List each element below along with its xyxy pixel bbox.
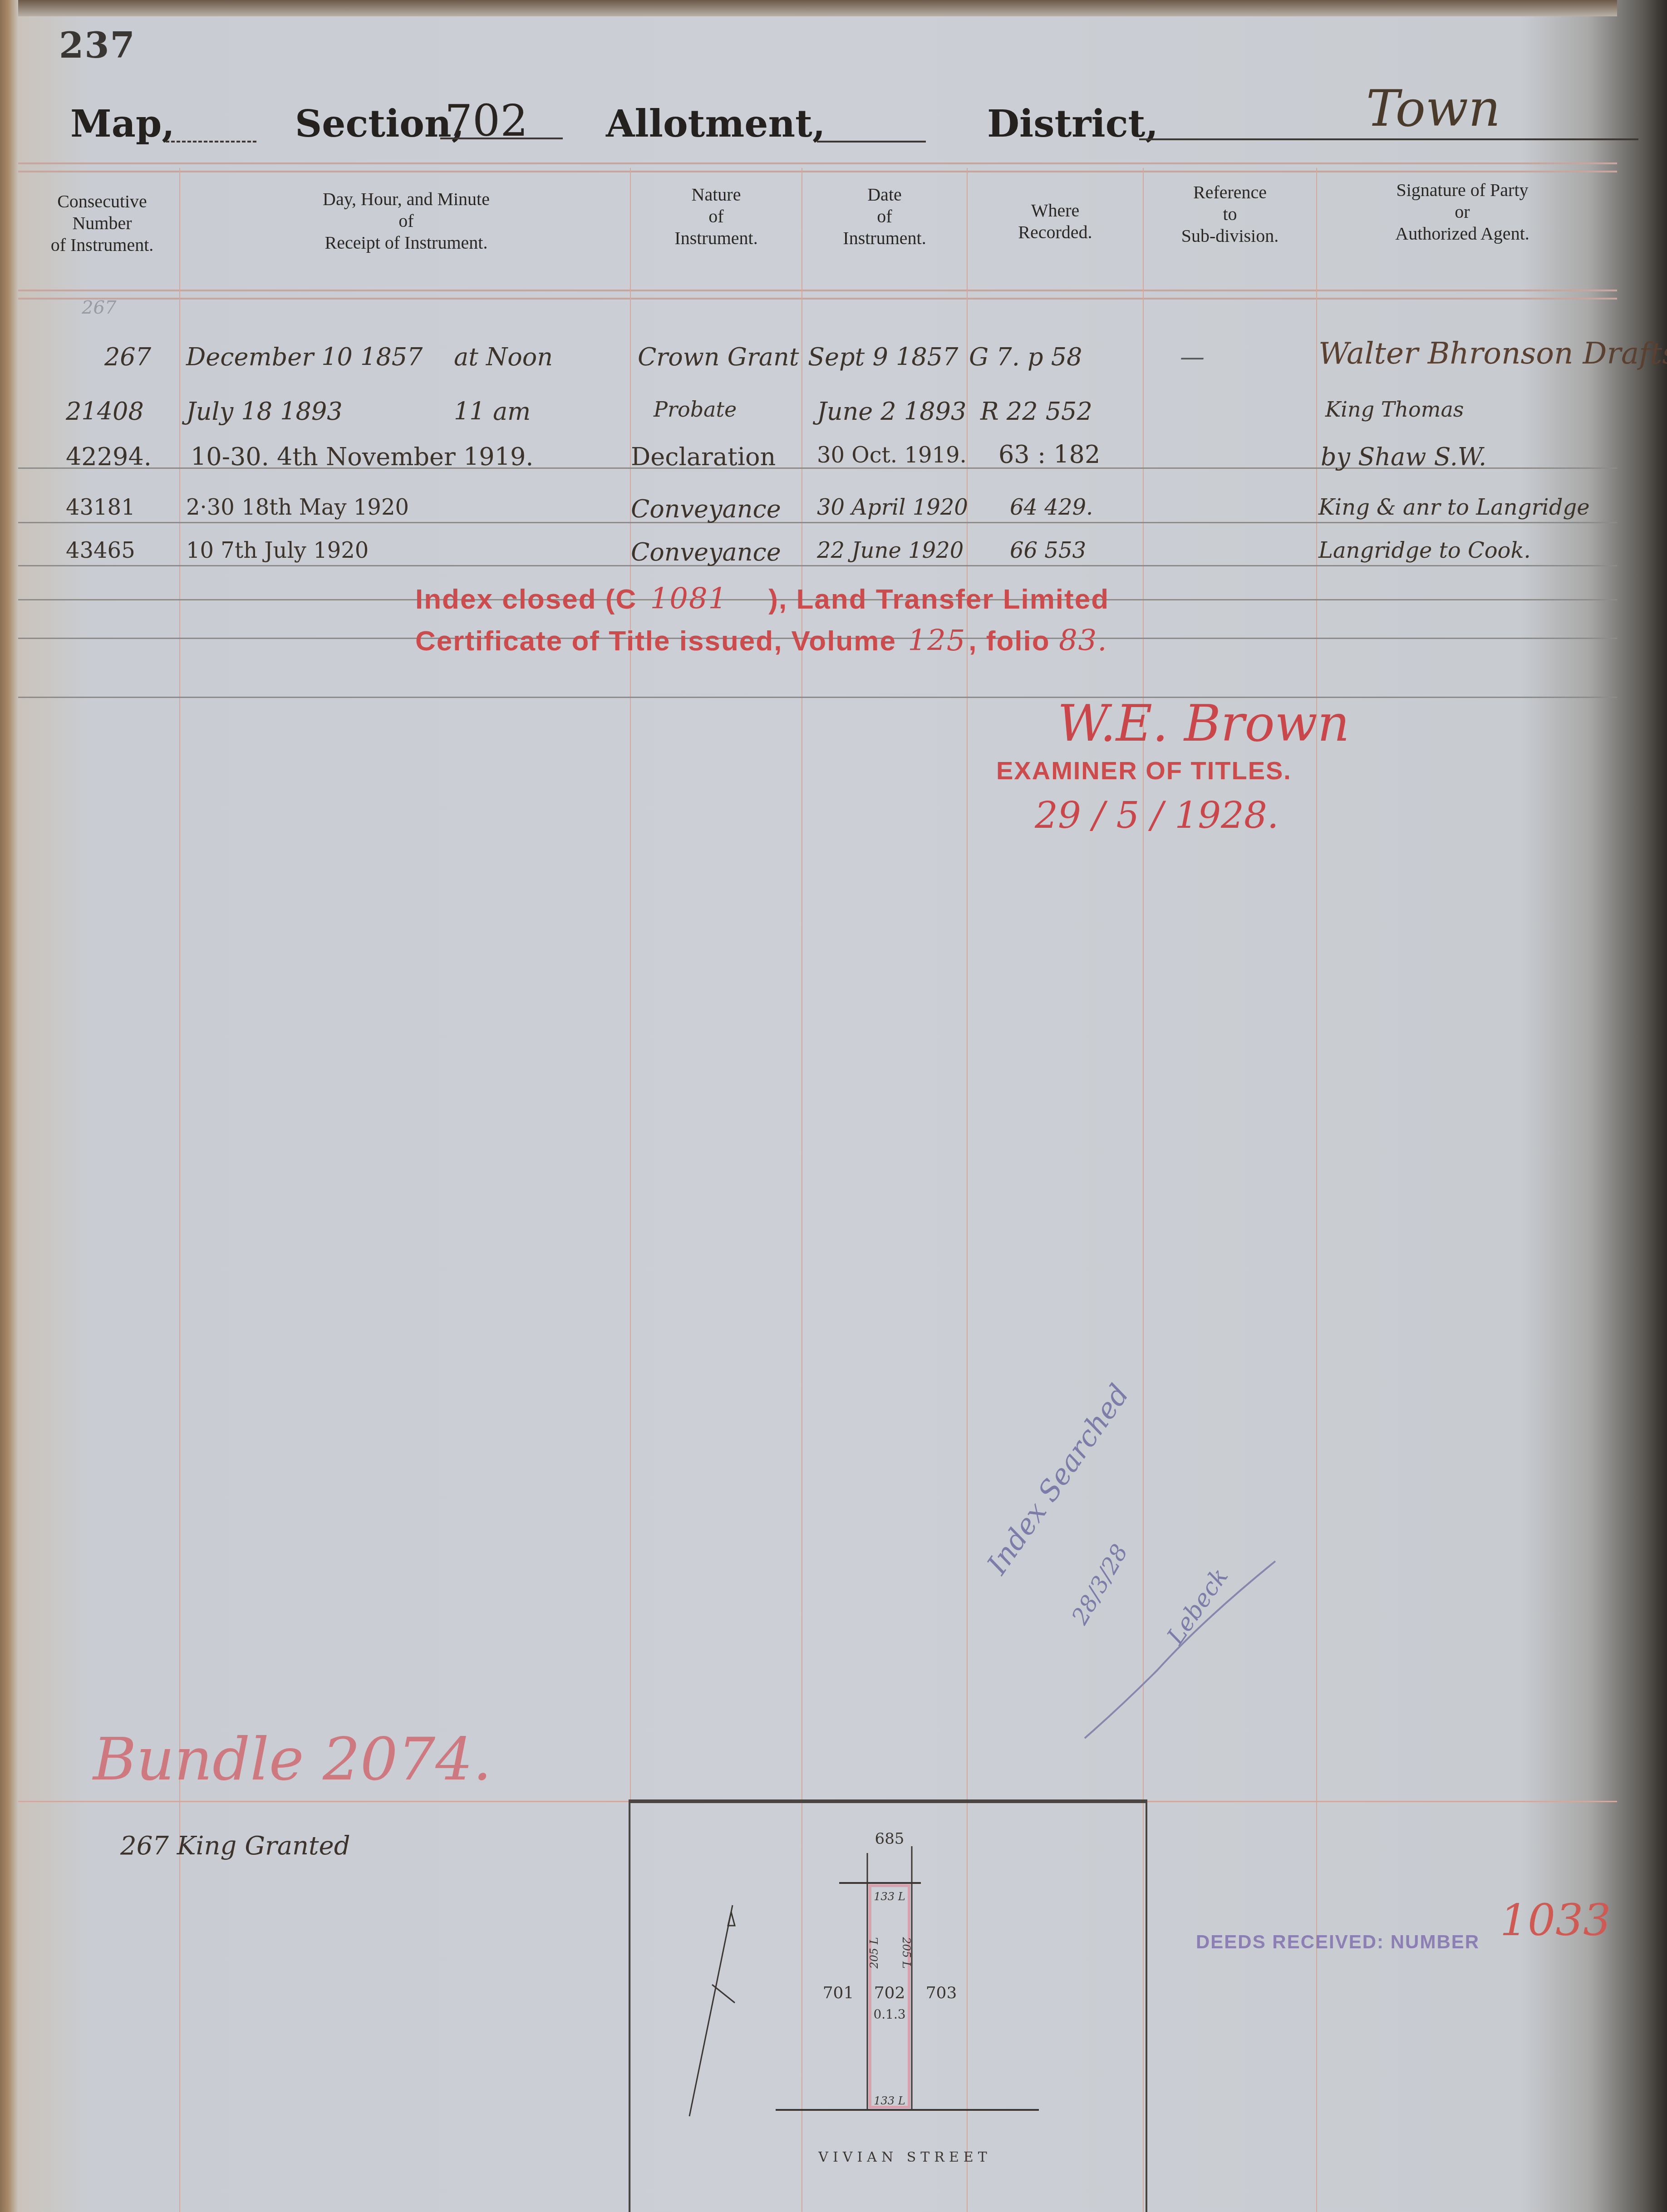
cell-date: June 2 1893 xyxy=(817,397,966,426)
examiner-title: EXAMINER OF TITLES. xyxy=(996,756,1292,785)
deeds-received-stamp: DEEDS RECEIVED: NUMBER xyxy=(1196,1931,1480,1953)
faint-pencil-note: 267 xyxy=(82,297,116,318)
cell-date: Sept 9 1857 xyxy=(808,343,958,371)
header-line: of xyxy=(631,206,802,227)
cell-date: 22 June 1920 xyxy=(817,538,964,563)
column-header-date: Date of Instrument. xyxy=(802,184,967,249)
cell-number: 42294. xyxy=(66,442,152,471)
section-field[interactable]: 702 xyxy=(440,98,563,139)
header-line: Consecutive xyxy=(27,191,177,212)
cell-where: 66 553 xyxy=(1010,538,1086,563)
header-line: Receipt of Instrument. xyxy=(182,232,631,254)
allotment-label: Allotment, xyxy=(606,102,825,146)
header-line: of xyxy=(182,210,631,232)
header-line: Recorded. xyxy=(968,221,1143,243)
cell-where: R 22 552 xyxy=(980,397,1092,426)
cell-nature: Probate xyxy=(654,397,737,422)
header-line: Where xyxy=(968,200,1143,221)
section-value: 702 xyxy=(445,95,528,146)
cell-date: 30 April 1920 xyxy=(817,495,968,520)
column-header-reference: Reference to Sub-division. xyxy=(1144,182,1316,247)
header-line: Instrument. xyxy=(802,227,967,249)
right-dimension: 205 L xyxy=(900,1937,913,1968)
cell-receipt: July 18 1893 xyxy=(186,397,343,426)
top-lot-label: 685 xyxy=(875,1830,905,1848)
header-line: Signature of Party xyxy=(1317,179,1608,201)
column-header-consecutive-number: Consecutive Number of Instrument. xyxy=(27,191,177,256)
cell-nature: Conveyance xyxy=(631,495,781,523)
header-line: Nature xyxy=(631,184,802,206)
left-dimension: 205 L xyxy=(868,1937,880,1969)
cell-receipt: 10 7th July 1920 xyxy=(186,538,369,563)
volume-number: 125 xyxy=(908,624,966,658)
row-rule xyxy=(18,697,1617,698)
header-line: Date xyxy=(802,184,967,206)
column-header-receipt-time: Day, Hour, and Minute of Receipt of Inst… xyxy=(182,188,631,254)
cell-nature: Conveyance xyxy=(631,538,781,566)
examiner-date: 29 / 5 / 1928. xyxy=(1035,794,1279,836)
row-rule xyxy=(18,565,1617,566)
map-field[interactable] xyxy=(166,136,256,143)
cell-where: 63 : 182 xyxy=(998,440,1100,469)
header-line: Reference xyxy=(1144,182,1316,203)
index-closed-stamp: Index closed (C 1081), Land Transfer Lim… xyxy=(415,582,1109,616)
column-header-nature: Nature of Instrument. xyxy=(631,184,802,249)
header-line: Sub-division. xyxy=(1144,225,1316,247)
column-divider xyxy=(179,168,180,2212)
header-line: to xyxy=(1144,203,1316,225)
map-label: Map, xyxy=(70,102,175,146)
cell-number: 267 xyxy=(104,343,151,371)
cell-nature: Crown Grant xyxy=(638,343,799,371)
stamp-text: Index closed (C xyxy=(415,584,637,615)
ledger-page: 237 Map, Section, 702 Allotment, Distric… xyxy=(0,0,1667,2212)
closure-number: 1081 xyxy=(650,582,728,616)
lot-right-label: 703 xyxy=(926,1984,957,2002)
header-bottom-rule xyxy=(18,290,1617,300)
header-line: Number xyxy=(27,212,177,234)
header-line: Authorized Agent. xyxy=(1317,223,1608,245)
stamp-text: ), Land Transfer Limited xyxy=(768,584,1109,615)
column-header-signature: Signature of Party or Authorized Agent. xyxy=(1317,179,1608,245)
cell-signature: King & anr to Langridge xyxy=(1318,495,1590,520)
header-line: Instrument. xyxy=(631,227,802,249)
lot-center-label: 702 xyxy=(874,1984,905,2002)
cell-number: 21408 xyxy=(66,397,144,426)
header-line: of xyxy=(802,206,967,227)
cell-nature: Declaration xyxy=(631,442,776,471)
stamp-text: Certificate of Title issued, Volume xyxy=(415,625,896,657)
stamp-text: , folio xyxy=(969,625,1050,657)
certificate-stamp: Certificate of Title issued, Volume 125,… xyxy=(415,624,1108,658)
district-value: Town xyxy=(1366,79,1500,138)
page-number: 237 xyxy=(59,25,136,66)
folio-number: 83. xyxy=(1059,624,1108,658)
cell-where: 64 429. xyxy=(1010,495,1093,520)
header-line: Day, Hour, and Minute xyxy=(182,188,631,210)
cell-signature: Langridge to Cook. xyxy=(1318,538,1531,563)
section-label: Section, xyxy=(295,102,464,146)
cell-where: G 7. p 58 xyxy=(969,343,1082,371)
cell-receipt: 2·30 18th May 1920 xyxy=(186,495,409,520)
header-line: or xyxy=(1317,201,1608,223)
lot-area: 0.1.3 xyxy=(873,2007,905,2022)
cell-number: 43181 xyxy=(66,495,135,520)
top-dimension: 133 L xyxy=(874,1890,905,1903)
street-label: VIVIAN STREET xyxy=(818,2149,991,2165)
district-label: District, xyxy=(987,102,1158,146)
cell-time: 11 am xyxy=(454,397,531,426)
cell-number: 43465 xyxy=(66,538,135,563)
cell-time: at Noon xyxy=(454,343,553,371)
lot-left-label: 701 xyxy=(823,1984,854,2002)
header-top-rule xyxy=(18,162,1617,172)
cell-reference: — xyxy=(1180,343,1205,371)
cell-date: 30 Oct. 1919. xyxy=(817,442,967,468)
cell-receipt: December 10 1857 xyxy=(186,343,423,371)
grant-note: 267 King Granted xyxy=(120,1831,350,1861)
cell-receipt: 10-30. 4th November 1919. xyxy=(191,442,534,471)
column-header-where-recorded: Where Recorded. xyxy=(968,200,1143,243)
cell-signature: by Shaw S.W. xyxy=(1321,442,1486,471)
allotment-field[interactable] xyxy=(817,136,926,143)
lot-diagram: 685 133 L 133 L 205 L 205 L 701 702 0.1.… xyxy=(629,1799,1147,2212)
district-field[interactable]: Town xyxy=(1139,98,1638,140)
examiner-signature: W.E. Brown xyxy=(1057,694,1350,752)
bundle-note: Bundle 2074. xyxy=(93,1725,492,1794)
cell-signature: King Thomas xyxy=(1325,397,1464,422)
cell-signature: Walter Bhronson Draftsman xyxy=(1318,336,1667,371)
lot-plan-diagram: 685 133 L 133 L 205 L 205 L 701 702 0.1.… xyxy=(630,1803,1146,2212)
column-divider xyxy=(1316,168,1317,2212)
header-line: of Instrument. xyxy=(27,234,177,256)
bottom-dimension: 133 L xyxy=(874,2094,905,2107)
deeds-number: 1033 xyxy=(1500,1895,1611,1946)
row-rule xyxy=(18,522,1617,523)
pencil-flourish-icon xyxy=(1067,1552,1284,1743)
